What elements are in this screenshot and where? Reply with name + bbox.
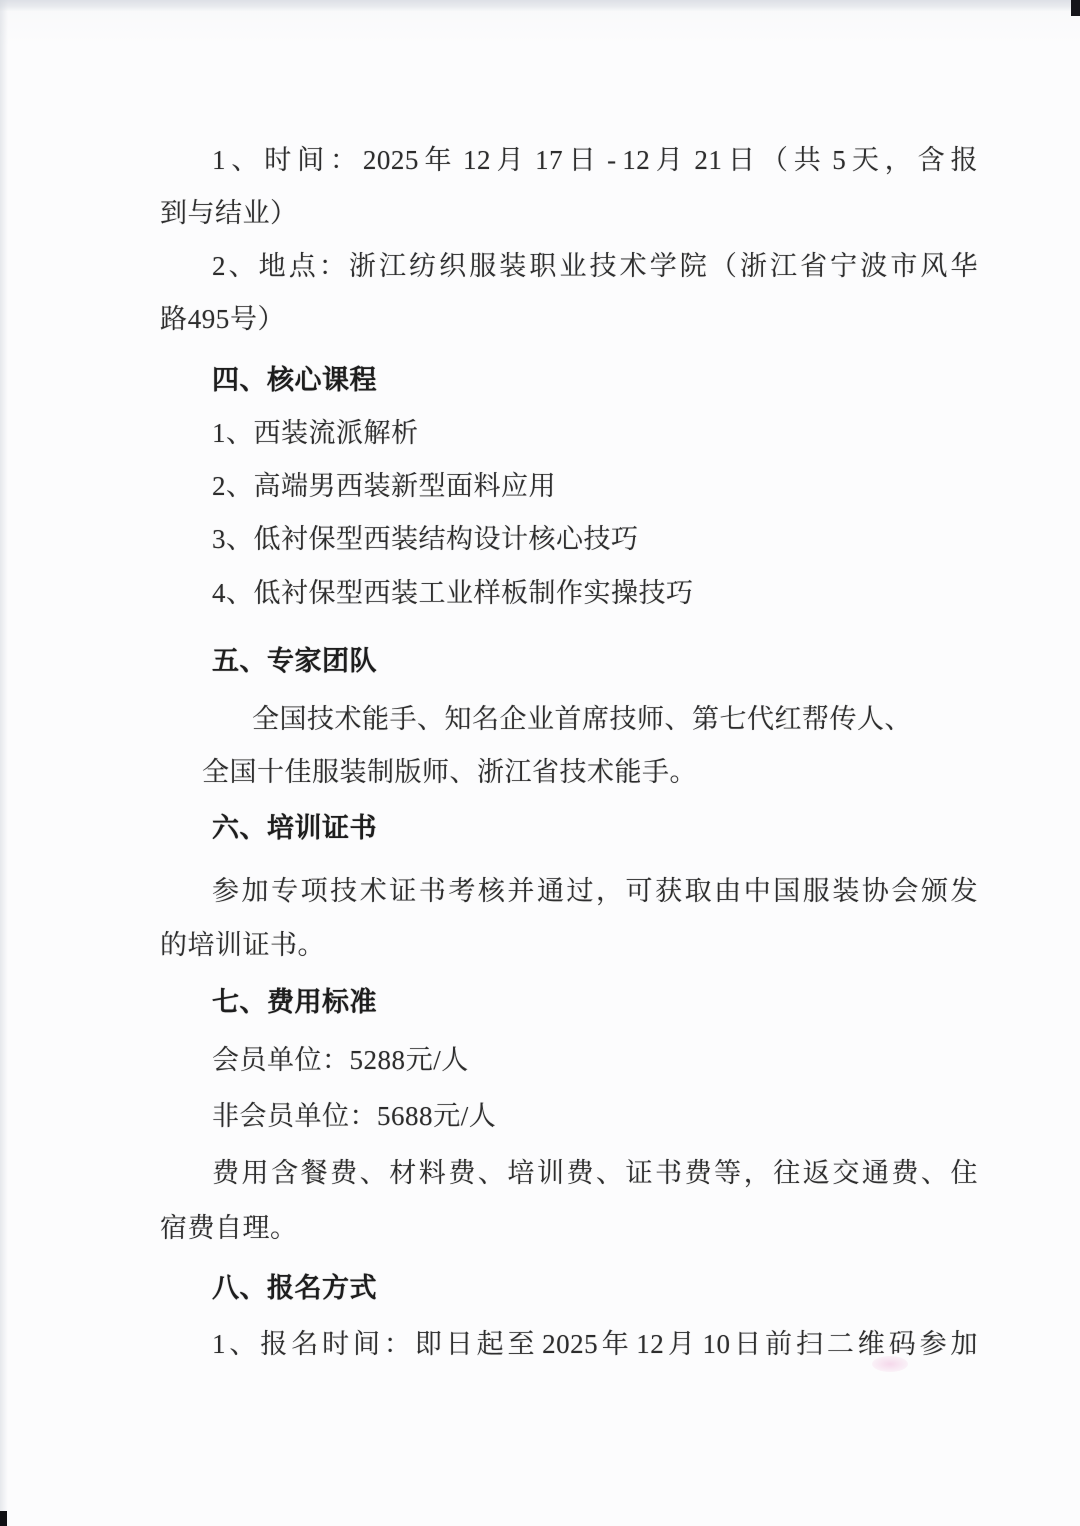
course-item-4: 4、低衬保型西装工业样板制作实操技巧 <box>160 577 978 610</box>
certificate-line-2: 的培训证书。 <box>160 929 926 962</box>
time-line-1: 1、时间：2025 年 12 月 17 日 - 12 月 21 日（共 5 天，… <box>160 144 978 177</box>
registration-time-line: 1、报名时间：即日起至 2025 年 12 月 10 日前扫二维码参加 <box>160 1328 978 1361</box>
course-item-1: 1、西装流派解析 <box>160 417 978 450</box>
fee-note-line-1: 费用含餐费、材料费、培训费、证书费等，往返交通费、住 <box>160 1157 978 1190</box>
course-item-3: 3、低衬保型西装结构设计核心技巧 <box>160 523 978 556</box>
section-heading-expert-team: 五、专家团队 <box>160 645 978 678</box>
section-heading-fee-standard: 七、费用标准 <box>160 986 978 1019</box>
expert-team-line-2: 全国十佳服装制版师、浙江省技术能手。 <box>160 756 968 789</box>
location-line-1: 2、地点：浙江纺织服装职业技术学院（浙江省宁波市风华 <box>160 250 978 283</box>
nonmember-fee-line: 非会员单位：5688 元/人 <box>160 1100 978 1133</box>
section-heading-registration: 八、报名方式 <box>160 1272 978 1305</box>
fee-note-line-2: 宿费自理。 <box>160 1212 926 1245</box>
document-page: 1、时间：2025 年 12 月 17 日 - 12 月 21 日（共 5 天，… <box>0 0 1080 1526</box>
scan-corner-mark-top-right <box>1071 0 1080 16</box>
time-line-2: 到与结业） <box>160 197 926 230</box>
section-heading-core-courses: 四、核心课程 <box>160 364 978 397</box>
location-line-2: 路 495 号） <box>160 303 926 336</box>
scan-left-edge <box>0 0 8 1526</box>
course-item-2: 2、高端男西装新型面料应用 <box>160 470 978 503</box>
certificate-line-1: 参加专项技术证书考核并通过，可获取由中国服装协会颁发 <box>160 875 978 908</box>
scan-corner-mark-bottom-left <box>0 1511 7 1526</box>
member-fee-line: 会员单位：5288 元/人 <box>160 1044 978 1077</box>
expert-team-line-1: 全国技术能手、知名企业首席技师、第七代红帮传人、 <box>160 703 1018 736</box>
section-heading-training-certificate: 六、培训证书 <box>160 812 978 845</box>
scan-top-edge <box>0 0 1080 11</box>
